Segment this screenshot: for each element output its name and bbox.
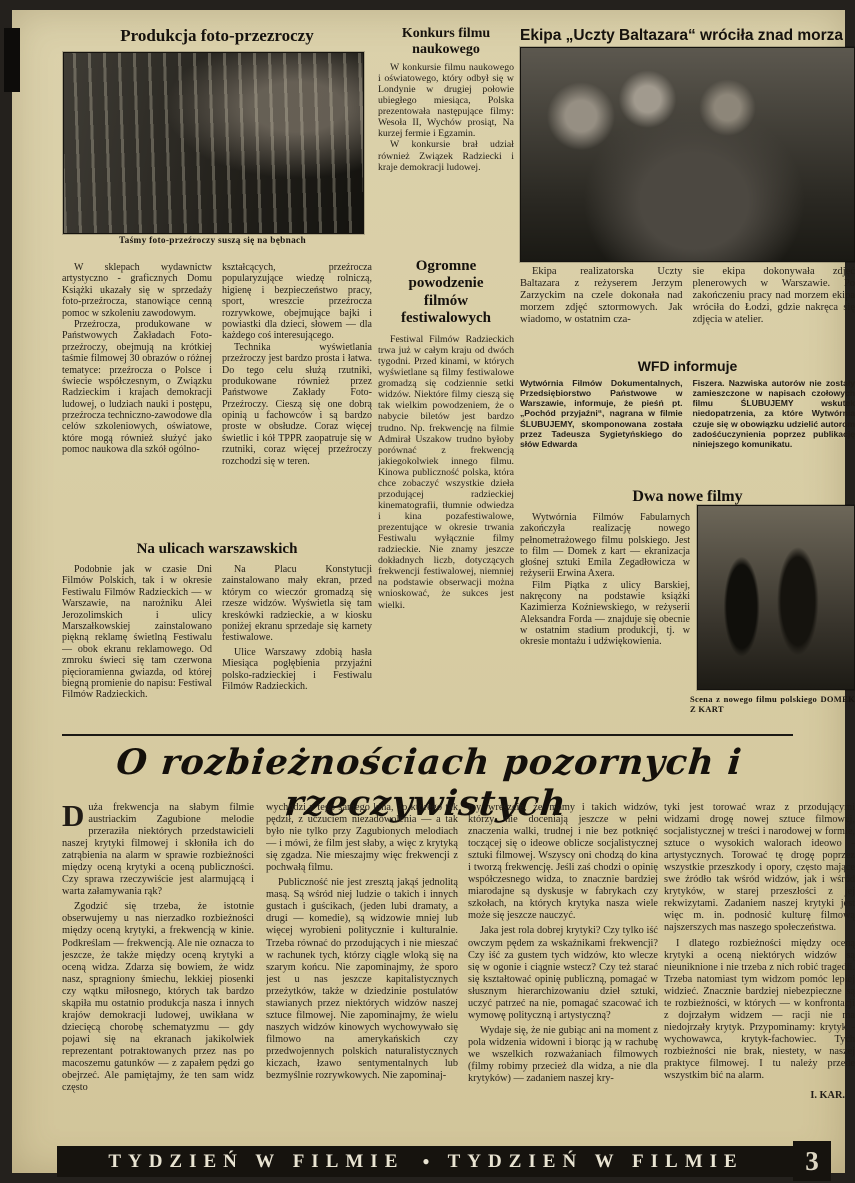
paragraph: Jaka jest rola dobrej krytyki? Czy tylko… — [468, 925, 658, 1021]
author-signature: I. KAR. — [664, 1090, 855, 1102]
paragraph: Technika wyświetlania przeźroczy jest ba… — [222, 342, 372, 467]
title-line: festiwalowych — [378, 310, 514, 327]
article-foto-body: W sklepach wydawnictw artystyczno - graf… — [62, 262, 372, 536]
article-ekipa-body: Ekipa realizatorska Uczty Baltazara z re… — [520, 266, 855, 358]
paragraph: Publiczność nie jest zresztą jakąś jedno… — [266, 877, 458, 1082]
paragraph: sie ekipa dokonywała zdjęć plenerowych w… — [693, 266, 855, 326]
foto-col-1: W sklepach wydawnictw artystyczno - graf… — [62, 262, 212, 536]
section-divider — [62, 734, 793, 736]
paragraph: wychodzi z tego samego kina, do którego … — [266, 802, 458, 874]
title-line: filmów — [378, 293, 514, 310]
paragraph: W konkursie brał udział również Związek … — [378, 139, 514, 172]
title-line: Ogromne — [378, 258, 514, 275]
paragraph: kształcących, przeźrocza popularyzujące … — [222, 262, 372, 342]
title-line: powodzenie — [378, 275, 514, 292]
rozbieznosci-col-2: wychodzi z tego samego kina, do którego … — [266, 802, 458, 1144]
paragraph: Wytwórnia Filmów Dokumentalnych, Przedsi… — [520, 378, 683, 449]
drop-cap: D — [62, 802, 88, 828]
rozbieznosci-col-3: my wreszcie, że mamy i takich widzów, kt… — [468, 802, 658, 1144]
footer-masthead: TYDZIEŃ W FILMIE ● TYDZIEŃ W FILMIE — [57, 1146, 795, 1177]
paragraph: tyki jest torować wraz z przodującymi wi… — [664, 802, 855, 935]
article-konkurs-title: Konkurs filmu naukowego — [378, 26, 514, 58]
margin-mark — [4, 28, 20, 92]
paragraph: I dlatego rozbieżności między oceną kryt… — [664, 938, 855, 1083]
paragraph: Zgodzić się trzeba, że istotnie obserwuj… — [62, 901, 254, 1094]
ulice-col-1: Podobnie jak w czasie Dni Filmów Polskic… — [62, 564, 212, 728]
ekipa-col-2: sie ekipa dokonywała zdjęć plenerowych w… — [693, 266, 855, 358]
photo-foto-caption: Taśmy foto-przeźroczy suszą się na bębna… — [63, 236, 362, 246]
paragraph: Wytwórnia Filmów Fabularnych zakończyła … — [520, 512, 690, 580]
paragraph: uża frekwencja na słabym filmie austriac… — [62, 802, 254, 898]
footer-title-right: TYDZIEŃ W FILMIE — [448, 1151, 744, 1173]
paragraph: Wydaje się, że nie gubiąc ani na moment … — [468, 1025, 658, 1085]
paragraph: Ulice Warszawy zdobią hasła Miesiąca pog… — [222, 647, 372, 693]
newspaper-page: Produkcja foto-przezroczy Taśmy foto-prz… — [0, 0, 855, 1183]
paragraph: Film Piątka z ulicy Barskiej, nakręcony … — [520, 580, 690, 648]
footer-separator-icon: ● — [422, 1154, 429, 1169]
rozbieznosci-col-4: tyki jest torować wraz z przodującymi wi… — [664, 802, 855, 1144]
article-powodzenie-title: Ogromne powodzenie filmów festiwalowych — [378, 258, 514, 327]
article-ulice-title: Na ulicach warszawskich — [62, 541, 372, 558]
article-wfd-body: Wytwórnia Filmów Dokumentalnych, Przedsi… — [520, 378, 855, 476]
wfd-col-2: Fiszera. Nazwiska autorów nie zostały za… — [693, 378, 855, 476]
photo-film-crew-at-sea — [520, 47, 855, 262]
photo-film-drying-drums — [63, 52, 364, 234]
article-powodzenie-body: Festiwal Filmów Radzieckich trwa już w c… — [378, 334, 514, 706]
paragraph: Na Placu Konstytucji zainstalowano mały … — [222, 564, 372, 644]
paragraph: Festiwal Filmów Radzieckich trwa już w c… — [378, 334, 514, 611]
ulice-col-2: Na Placu Konstytucji zainstalowano mały … — [222, 564, 372, 728]
footer-title-left: TYDZIEŃ W FILMIE — [108, 1151, 404, 1173]
wfd-col-1: Wytwórnia Filmów Dokumentalnych, Przedsi… — [520, 378, 683, 476]
page-number: 3 — [793, 1141, 831, 1181]
paragraph: Podobnie jak w czasie Dni Filmów Polskic… — [62, 564, 212, 701]
article-ekipa-title: Ekipa „Uczty Baltazara“ wróciła znad mor… — [520, 27, 855, 45]
photo-domek-z-kart-scene — [697, 505, 855, 690]
article-dwa-body: Wytwórnia Filmów Fabularnych zakończyła … — [520, 512, 690, 704]
photo-dwa-caption: Scena z nowego filmu polskiego DOMEK Z K… — [690, 694, 855, 714]
article-ulice-body: Podobnie jak w czasie Dni Filmów Polskic… — [62, 564, 372, 728]
paragraph: W konkursie filmu naukowego i oświatoweg… — [378, 62, 514, 139]
paragraph: Ekipa realizatorska Uczty Baltazara z re… — [520, 266, 683, 326]
article-wfd-title: WFD informuje — [520, 358, 855, 374]
article-konkurs-body: W konkursie filmu naukowego i oświatoweg… — [378, 62, 514, 254]
article-dwa-title: Dwa nowe filmy — [520, 488, 855, 506]
paragraph: Przeźrocza, produkowane w Państwowych Za… — [62, 319, 212, 456]
paragraph: my wreszcie, że mamy i takich widzów, kt… — [468, 802, 658, 922]
article-foto-title: Produkcja foto-przezroczy — [62, 26, 372, 46]
paragraph: Fiszera. Nazwiska autorów nie zostały za… — [693, 378, 855, 449]
paragraph: W sklepach wydawnictw artystyczno - graf… — [62, 262, 212, 319]
ekipa-col-1: Ekipa realizatorska Uczty Baltazara z re… — [520, 266, 683, 358]
rozbieznosci-col-1: D uża frekwencja na słabym filmie austri… — [62, 802, 254, 1144]
foto-col-2: kształcących, przeźrocza popularyzujące … — [222, 262, 372, 536]
